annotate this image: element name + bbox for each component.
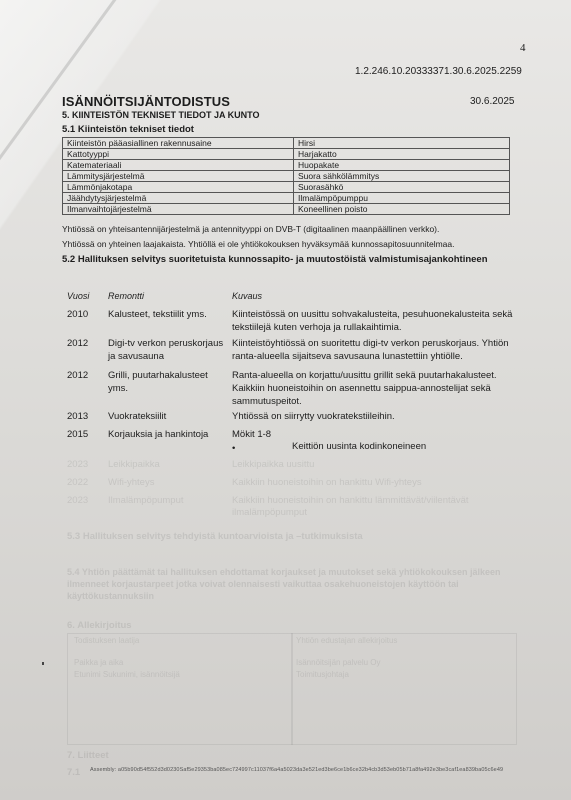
renovation-year: 2013 [67,410,88,423]
ghost-sig-box-right [291,633,517,745]
ghost-year-1: 2023 [67,459,88,470]
tech-label: Katemateriaali [63,160,294,171]
assembly-label: Assembly: [90,767,116,773]
ghost-work-1: Leikkipaikka [108,459,160,470]
section-5-1-heading: 5.1 Kiinteistön tekniset tiedot [62,124,194,135]
tech-label: Jäähdytysjärjestelmä [63,193,294,204]
renovation-work: Vuokrateksiilit [108,410,226,423]
renovation-year: 2010 [67,308,88,321]
ghost-sig-left-2: Etunimi Sukunimi, isännöitsijä [74,670,180,679]
renovation-year: 2012 [67,369,88,382]
ghost-sig-left-1: Paikka ja aika [74,658,123,667]
tech-table-row: LämmitysjärjestelmäSuora sähkölämmitys [63,171,510,182]
section-5-heading: 5. KIINTEISTÖN TEKNISET TIEDOT JA KUNTO [62,110,260,120]
tech-label: Lämmitysjärjestelmä [63,171,294,182]
ghost-work-2: Wifi-yhteys [108,477,154,488]
renovation-description: Kiinteistöyhtiössä on suoritettu digi-tv… [232,337,522,363]
column-header-description: Kuvaus [232,291,262,301]
ghost-sig-box-left [67,633,293,745]
ghost-sec-7: 7. Liitteet [67,750,109,761]
paper-speck [42,662,44,665]
tech-value: Koneellinen poisto [294,204,510,215]
renovation-work: Kalusteet, tekstiilit yms. [108,308,226,321]
assembly-hash: a05b90d54f552d3d0230Saf5e29353ba085ec724… [118,767,503,773]
renovation-description: Kiinteistössä on uusittu sohvakalusteita… [232,308,522,334]
document-id: 1.2.246.10.20333371.30.6.2025.2259 [355,66,522,77]
ghost-desc-2: Kaikkiin huoneistoihin on hankittu Wifi-… [232,477,422,488]
tech-label: Ilmanvaihtojärjestelmä [63,204,294,215]
section-5-2-heading: 5.2 Hallituksen selvitys suoritetuista k… [62,254,488,265]
tech-value: Suorasähkö [294,182,510,193]
antenna-note: Yhtiössä on yhteisantennijärjestelmä ja … [62,224,439,234]
renovation-work: Grilli, puutarhakalusteet yms. [108,369,226,395]
ghost-sig-right-1: Isännöitsijän palvelu Oy [296,658,381,667]
ghost-sec-5-4: 5.4 Yhtiön päättämät tai hallituksen ehd… [67,566,507,602]
ghost-sig-right-2: Toimitusjohtaja [296,670,349,679]
ghost-sig-left-head: Todistuksen laatija [74,636,139,645]
ghost-sec-5-3: 5.3 Hallituksen selvitys tehdyistä kunto… [67,531,363,542]
bullet-marker: • [232,443,235,454]
document-title: ISÄNNÖITSIJÄNTODISTUS [62,94,230,109]
tech-table-row: KatemateriaaliHuopakate [63,160,510,171]
tech-label: Kiinteistön pääasiallinen rakennusaine [63,138,294,149]
broadband-note: Yhtiössä on yhteinen laajakaista. Yhtiöl… [62,239,455,249]
tech-value: Harjakatto [294,149,510,160]
tech-table-row: LämmönjakotapaSuorasähkö [63,182,510,193]
ghost-sig-right-head: Yhtiön edustajan allekirjoitus [296,636,397,645]
tech-value: Huopakate [294,160,510,171]
tech-table-row: Kiinteistön pääasiallinen rakennusaineHi… [63,138,510,149]
renovation-year: 2012 [67,337,88,350]
ghost-year-2: 2022 [67,477,88,488]
tech-value: Suora sähkölämmitys [294,171,510,182]
renovation-description: Mökit 1-8 [232,428,522,441]
column-header-renovation: Remontti [108,291,144,301]
ghost-desc-3: Kaikkiin huoneistoihin on hankittu lämmi… [232,495,522,519]
renovation-year: 2015 [67,428,88,441]
tech-value: Ilmalämpöpumppu [294,193,510,204]
renovation-work: Digi-tv verkon peruskorjaus ja savusauna [108,337,226,363]
tech-table-row: JäähdytysjärjestelmäIlmalämpöpumppu [63,193,510,204]
tech-label: Kattotyyppi [63,149,294,160]
renovation-work: Korjauksia ja hankintoja [108,428,226,441]
document-date: 30.6.2025 [470,96,515,107]
renovation-description: Yhtiössä on siirrytty vuokratekstiileihi… [232,410,522,423]
assembly-footer: Assembly: a05b90d54f552d3d0230Saf5e29353… [90,767,503,773]
tech-table-row: KattotyyppiHarjakatto [63,149,510,160]
ghost-year-3: 2023 [67,495,88,506]
bullet-item: Keittiön uusinta kodinkoneineen [292,441,426,452]
column-header-year: Vuosi [67,291,89,301]
technical-info-table: Kiinteistön pääasiallinen rakennusaineHi… [62,137,510,215]
tech-label: Lämmönjakotapa [63,182,294,193]
page-number: 4 [520,42,526,54]
renovation-description: Ranta-alueella on korjattu/uusittu grill… [232,369,522,408]
tech-table-row: IlmanvaihtojärjestelmäKoneellinen poisto [63,204,510,215]
ghost-sec-6: 6. Allekirjoitus [67,620,132,631]
ghost-sec-7-1: 7.1 [67,767,80,778]
ghost-desc-1: Leikkipaikka uusittu [232,459,314,470]
tech-value: Hirsi [294,138,510,149]
ghost-work-3: Ilmalämpöpumput [108,495,184,506]
